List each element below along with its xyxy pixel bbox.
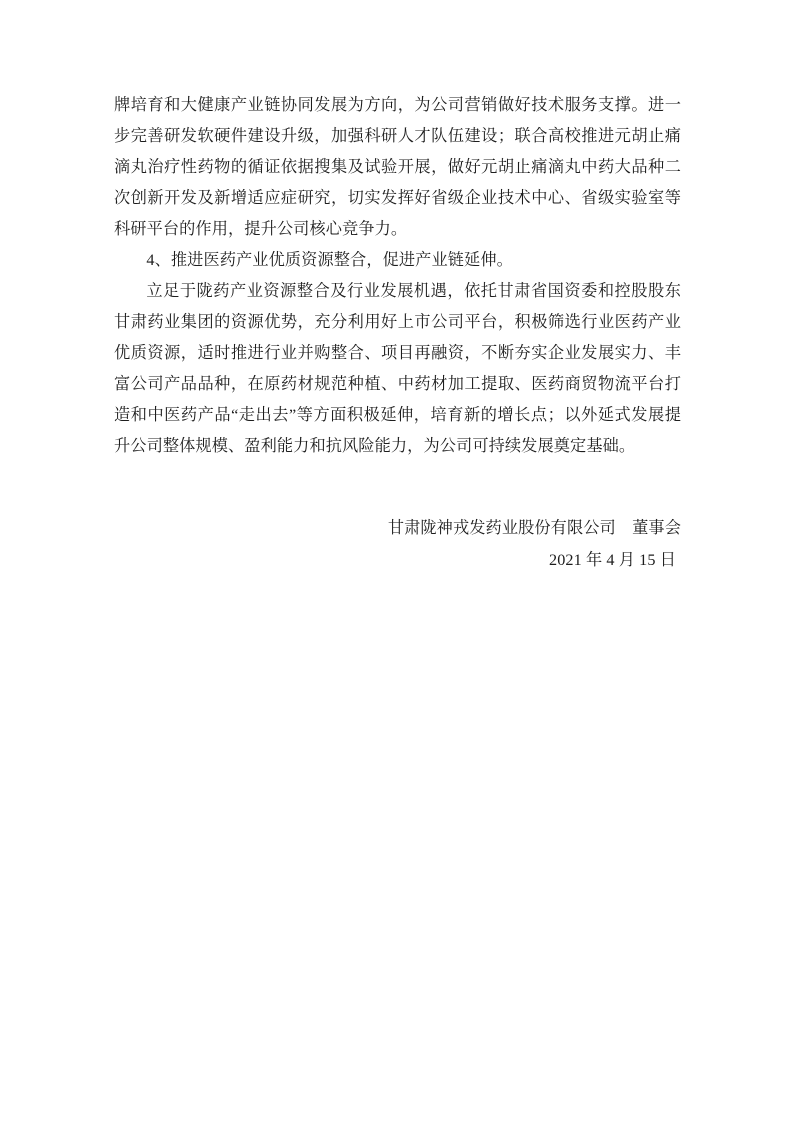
signature-company: 甘肃陇神戎发药业股份有限公司 董事会 [114,512,681,544]
paragraph-resource-integration: 立足于陇药产业资源整合及行业发展机遇，依托甘肃省国资委和控股股东甘肃药业集团的资… [114,276,681,462]
signature-date: 2021 年 4 月 15 日 [114,544,681,576]
paragraph-item4-heading: 4、推进医药产业优质资源整合，促进产业链延伸。 [114,245,681,276]
document-body: 牌培育和大健康产业链协同发展为方向，为公司营销做好技术服务支撑。进一步完善研发软… [114,90,681,576]
document-page: 牌培育和大健康产业链协同发展为方向，为公司营销做好技术服务支撑。进一步完善研发软… [0,0,793,1122]
paragraph-brand-and-rnd: 牌培育和大健康产业链协同发展为方向，为公司营销做好技术服务支撑。进一步完善研发软… [114,90,681,245]
signature-block: 甘肃陇神戎发药业股份有限公司 董事会 2021 年 4 月 15 日 [114,512,681,576]
